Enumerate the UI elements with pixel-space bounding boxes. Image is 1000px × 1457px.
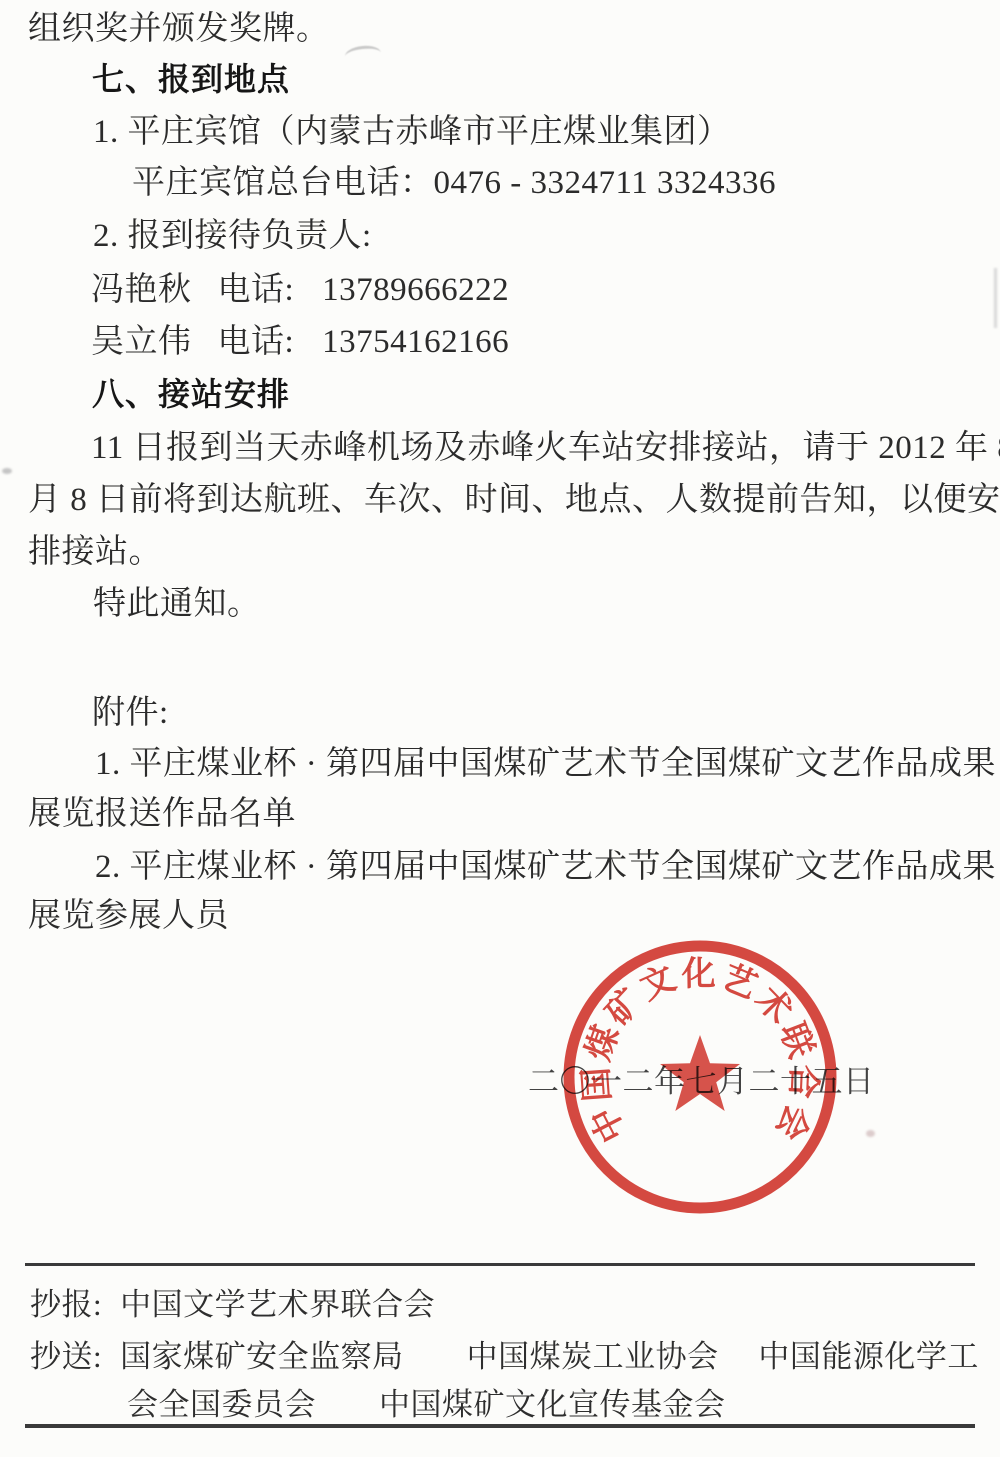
attachment-1-line-1: 1. 平庄煤业杯 · 第四届中国煤矿艺术节全国煤矿文艺作品成果 bbox=[95, 744, 996, 784]
contact-row: 冯艳秋 电话: 13789666222 bbox=[91, 270, 509, 310]
pickup-para-line-3: 排接站。 bbox=[28, 532, 162, 572]
scan-artifact bbox=[344, 44, 382, 65]
scan-artifact bbox=[994, 268, 997, 328]
contact-name: 冯艳秋 bbox=[91, 270, 192, 310]
cc-send-continuation: 会全国委员会 中国煤矿文化宣传基金会 bbox=[127, 1379, 726, 1424]
attachments-label: 附件: bbox=[92, 693, 169, 733]
footer-rule-top bbox=[25, 1263, 975, 1266]
contact-phone-number: 13754162166 bbox=[322, 322, 509, 362]
cc-send-value-line-1: 国家煤矿安全监察局 中国煤炭工业协会 中国能源化学工 bbox=[120, 1331, 979, 1376]
attachment-1-line-2: 展览报送作品名单 bbox=[28, 794, 296, 834]
cc-report-row: 抄报: 中国文学艺术界联合会 bbox=[30, 1279, 435, 1324]
scan-artifact bbox=[2, 468, 12, 474]
cc-send-label: 抄送: bbox=[30, 1331, 102, 1376]
reception-line: 2. 报到接待负责人: bbox=[93, 216, 372, 256]
star-icon bbox=[660, 1035, 740, 1111]
pickup-para-line-1: 11 日报到当天赤峰机场及赤峰火车站安排接站，请于 2012 年 8 bbox=[91, 428, 1000, 468]
attachment-2-line-1: 2. 平庄煤业杯 · 第四届中国煤矿艺术节全国煤矿文艺作品成果 bbox=[95, 847, 996, 887]
contact-row: 吴立伟 电话: 13754162166 bbox=[91, 322, 509, 362]
contact-phone-label: 电话: bbox=[218, 322, 295, 362]
cc-report-label: 抄报: bbox=[30, 1279, 102, 1324]
attachment-2-line-2: 展览参展人员 bbox=[28, 896, 229, 936]
cc-report-value: 中国文学艺术界联合会 bbox=[120, 1279, 435, 1324]
contact-phone-label: 电话: bbox=[218, 270, 295, 310]
hotel-line: 1. 平庄宾馆（内蒙古赤峰市平庄煤业集团） bbox=[93, 112, 731, 152]
scan-artifact bbox=[866, 1130, 875, 1137]
contact-phone-number: 13789666222 bbox=[322, 270, 509, 310]
pickup-para-line-2: 月 8 日前将到达航班、车次、时间、地点、人数提前告知，以便安 bbox=[28, 480, 1000, 520]
intro-line: 组织奖并颁发奖牌。 bbox=[28, 9, 330, 49]
section-7-heading: 七、报到地点 bbox=[92, 59, 290, 99]
official-seal: 中国煤矿文化艺术联合会 bbox=[558, 935, 842, 1219]
footer-rule-bottom bbox=[25, 1424, 975, 1428]
hotel-phone-line: 平庄宾馆总台电话：0476 - 3324711 3324336 bbox=[132, 163, 776, 203]
cc-send-row: 抄送: 国家煤矿安全监察局 中国煤炭工业协会 中国能源化学工 bbox=[30, 1331, 979, 1376]
section-8-heading: 八、接站安排 bbox=[92, 374, 290, 414]
contact-name: 吴立伟 bbox=[91, 322, 192, 362]
document-page: 组织奖并颁发奖牌。 七、报到地点 1. 平庄宾馆（内蒙古赤峰市平庄煤业集团） 平… bbox=[0, 0, 1000, 1457]
cc-send-value-line-2: 会全国委员会 中国煤矿文化宣传基金会 bbox=[127, 1379, 726, 1424]
closing-line: 特此通知。 bbox=[93, 584, 261, 624]
